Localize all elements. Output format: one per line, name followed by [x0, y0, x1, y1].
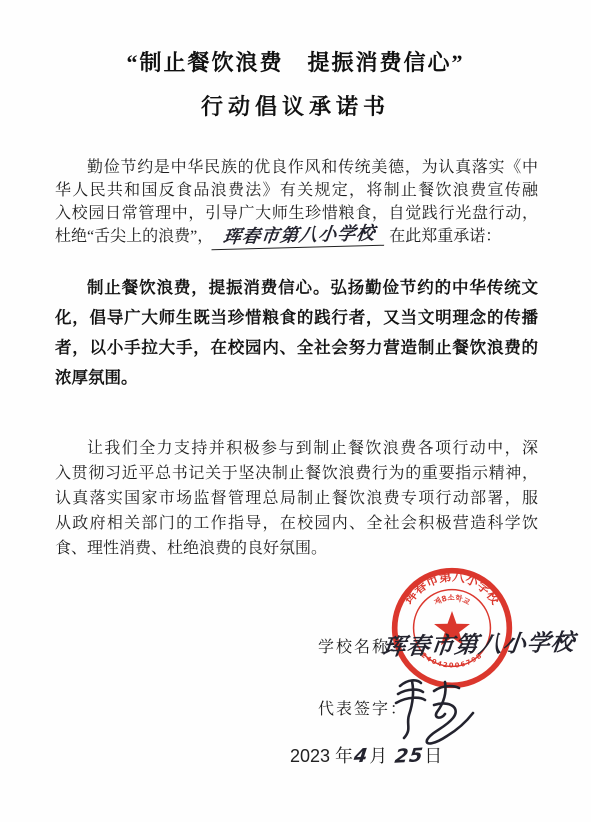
- document-title-line1: “制止餐饮浪费 提振消费信心”: [0, 46, 591, 77]
- body-line: 制止餐饮浪费，提振消费信心。弘扬勤俭节约的中华传统文: [55, 273, 538, 303]
- pledge-document-page: “制止餐饮浪费 提振消费信心” 行动倡议承诺书 勤俭节约是中华民族的优良作风和传…: [0, 0, 591, 822]
- seal-korean-text: 제8소학교: [432, 592, 472, 607]
- handwritten-school-name: 珲春市第八小学校: [381, 623, 591, 661]
- blank-prefix-text: 杜绝“舌尖上的浪费”，: [55, 228, 213, 245]
- body-line: 让我们全力支持并积极参与到制止餐饮浪费各项行动中，深: [55, 436, 538, 461]
- body-line: 华人民共和国反食品浪费法》有关规定，将制止餐饮浪费宣传融: [55, 179, 538, 202]
- paragraph-opening: 勤俭节约是中华民族的优良作风和传统美德，为认真落实《中 华人民共和国反食品浪费法…: [55, 156, 538, 248]
- body-line: 入校园日常管理中，引导广大师生珍惜粮食，自觉践行光盘行动，: [55, 202, 538, 225]
- handwritten-school-name-inline: 珲春市第八小学校: [212, 224, 387, 250]
- handwritten-month: 4: [353, 745, 370, 768]
- date-year: 2023 年: [290, 746, 353, 766]
- body-line: 勤俭节约是中华民族的优良作风和传统美德，为认真落实《中: [55, 156, 538, 179]
- document-title-line2: 行动倡议承诺书: [0, 90, 591, 121]
- body-line: 入贯彻习近平总书记关于坚决制止餐饮浪费行为的重要指示精神，: [55, 461, 538, 486]
- paragraph-pledge: 制止餐饮浪费，提振消费信心。弘扬勤俭节约的中华传统文 化，倡导广大师生既当珍惜粮…: [55, 273, 538, 393]
- body-line: 浓厚氛围。: [55, 363, 538, 393]
- body-line: 者，以小手拉大手，在校园内、全社会努力营造制止餐饮浪费的: [55, 333, 538, 363]
- body-line: 食、理性消费、杜绝浪费的良好氛围。: [55, 536, 538, 561]
- representative-signature-handwriting: [386, 674, 478, 754]
- body-line: 化，倡导广大师生既当珍惜粮食的践行者，又当文明理念的传播: [55, 303, 538, 333]
- body-line: 认真落实国家市场监督管理总局制止餐饮浪费专项行动部署，服: [55, 486, 538, 511]
- body-line-with-blank: 杜绝“舌尖上的浪费”，珲春市第八小学校 在此郑重承诺：: [55, 225, 538, 248]
- body-line: 从政府相关部门的工作指导，在校园内、全社会积极营造科学饮: [55, 511, 538, 536]
- blank-suffix-text: 在此郑重承诺：: [389, 228, 501, 245]
- svg-text:제8소학교: 제8소학교: [432, 592, 472, 607]
- paragraph-commitment: 让我们全力支持并积极参与到制止餐饮浪费各项行动中，深 入贯彻习近平总书记关于坚决…: [55, 436, 538, 561]
